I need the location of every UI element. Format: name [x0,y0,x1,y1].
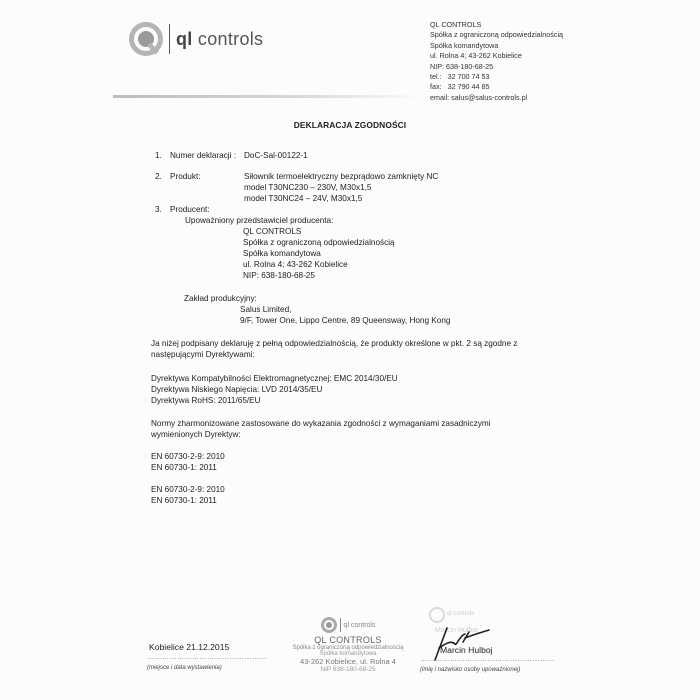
norms-intro-line-1: Normy zharmonizowane zastosowane do wyka… [151,419,490,429]
plant-line-1: Salus Limited, [240,305,291,315]
logo-wordmark: ql controls [176,29,263,50]
signatory-name: Marcin Hulboj [440,645,493,655]
logo-prefix: ql [176,29,193,49]
item-3-label: Producent: [170,205,210,215]
company-info: QL CONTROLS Spółka z ograniczoną odpowie… [430,20,563,103]
rep-line-5: NIP: 638-180-68-25 [243,271,315,281]
plant-label: Zakład produkcyjny: [184,294,257,304]
directive-rohs: Dyrektywa RoHS: 2011/65/EU [151,396,261,406]
place-date: Kobielice 21.12.2015 [149,642,229,652]
rep-line-3: Spółka komandytowa [243,249,321,259]
item-3-number: 3. [155,205,162,215]
directive-emc: Dyrektywa Kompatybilności Elektromagnety… [151,374,398,384]
representative-label: Upoważniony przedstawiciel producenta: [185,216,333,226]
item-1-label: Numer deklaracji : [170,151,236,161]
logo-divider [169,24,170,54]
declaration-document: ql controls QL CONTROLS Spółka z ogranic… [0,0,700,700]
company-email: email: salus@salus-controls.pl [430,93,563,103]
company-address: ul. Rolna 4; 43-262 Kobielice [430,51,563,61]
declaration-number: DoC-Sal-00122-1 [244,151,308,161]
company-type: Spółka z ograniczoną odpowiedzialnością [430,30,563,40]
item-2-number: 2. [155,172,162,182]
company-nip: NIP: 638-180-68-25 [430,62,563,72]
statement-line-2: następującymi Dyrektywami: [151,350,255,360]
stamp-q-logo-icon [321,617,337,633]
stamp-line-4: 43-262 Kobielice, ul. Rolna 4 [283,657,413,666]
company-logo: ql controls [129,22,263,56]
company-stamp: ql controls QL CONTROLS Spółka z ogranic… [283,617,413,673]
product-line-3: model T30NC24 – 24V, M30x1,5 [244,194,362,204]
plant-line-2: 9/F, Tower One, Lippo Centre, 89 Queensw… [240,316,450,326]
header-divider [113,95,423,98]
stamp-logo-text: ql controls [344,622,376,629]
company-fax: fax: 32 790 44 85 [430,82,563,92]
product-line-2: model T30NC230 – 230V, M30x1,5 [244,183,371,193]
product-line-1: Siłownik termoelektryczny bezprądowo zam… [244,172,438,182]
q-logo-icon [129,22,163,56]
rep-line-4: ul. Rolna 4; 43-262 Kobielice [243,260,348,270]
document-title: DEKLARACJA ZGODNOŚCI [0,120,700,130]
company-type2: Spółka komandytowa [430,41,563,51]
norm-2a: EN 60730-2-9: 2010 [151,485,225,495]
norm-2b: EN 60730-1: 2011 [151,496,217,506]
company-phone: tel.: 32 700 74 53 [430,72,563,82]
norms-intro-line-2: wymienionych Dyrektyw: [151,430,241,440]
logo-suffix: controls [198,29,263,49]
rep-line-2: Spółka z ograniczoną odpowiedzialnością [243,238,395,248]
directive-lvd: Dyrektywa Niskiego Napięcia: LVD 2014/35… [151,385,322,395]
signatory-dotted-line: ……………………………………………… [420,656,555,663]
place-date-caption: (miejsce i data wystawienia) [147,663,222,673]
rep-line-1: QL CONTROLS [243,227,301,237]
signatory-stamp-text: ql controls [447,611,474,617]
company-name: QL CONTROLS [430,20,563,30]
stamp-line-5: NIP 638-180-68-25 [283,666,413,673]
stamp-name: QL CONTROLS [283,635,413,645]
item-1-number: 1. [155,151,162,161]
place-date-dotted-line: ………………………………………… [147,654,267,661]
signatory-stamp-logo-icon [429,607,445,623]
statement-line-1: Ja niżej podpisany deklaruję z pełną odp… [151,339,517,349]
norm-1a: EN 60730-2-9: 2010 [151,452,225,462]
norm-1b: EN 60730-1: 2011 [151,463,217,473]
signatory-caption: (imię i nazwisko osoby upoważnionej) [420,665,520,675]
item-2-label: Produkt: [170,172,201,182]
